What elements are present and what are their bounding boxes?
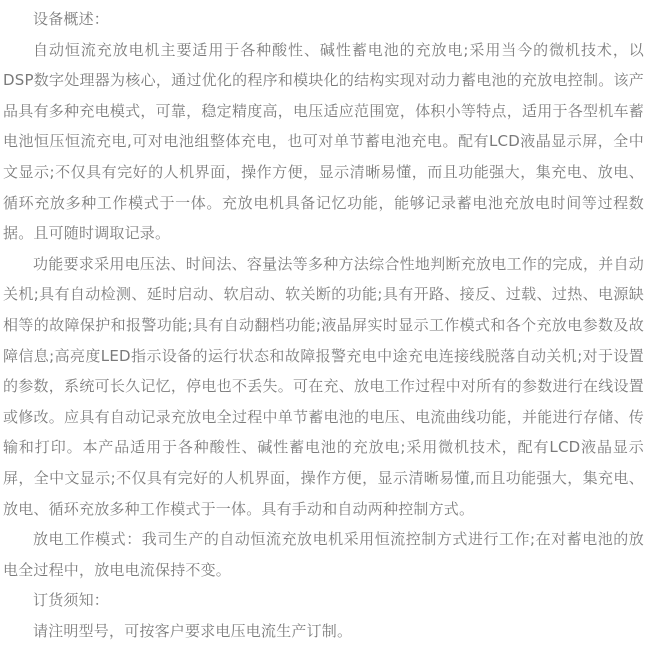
paragraph-discharge-mode: 放电工作模式：我司生产的自动恒流充放电机采用恒流控制方式进行工作;在对蓄电池的放… bbox=[3, 524, 644, 585]
paragraph-device-overview: 自动恒流充放电机主要适用于各种酸性、碱性蓄电池的充放电;采用当今的微机技术，以D… bbox=[3, 35, 644, 249]
section-heading-order-notice: 订货须知： bbox=[3, 585, 644, 616]
document-body: 设备概述： 自动恒流充放电机主要适用于各种酸性、碱性蓄电池的充放电;采用当今的微… bbox=[0, 0, 649, 661]
section-heading-device-overview: 设备概述： bbox=[3, 4, 644, 35]
paragraph-function-requirements: 功能要求采用电压法、时间法、容量法等多种方法综合性地判断充放电工作的完成，并自动… bbox=[3, 249, 644, 524]
paragraph-order-notice: 请注明型号，可按客户要求电压电流生产订制。 bbox=[3, 616, 644, 647]
